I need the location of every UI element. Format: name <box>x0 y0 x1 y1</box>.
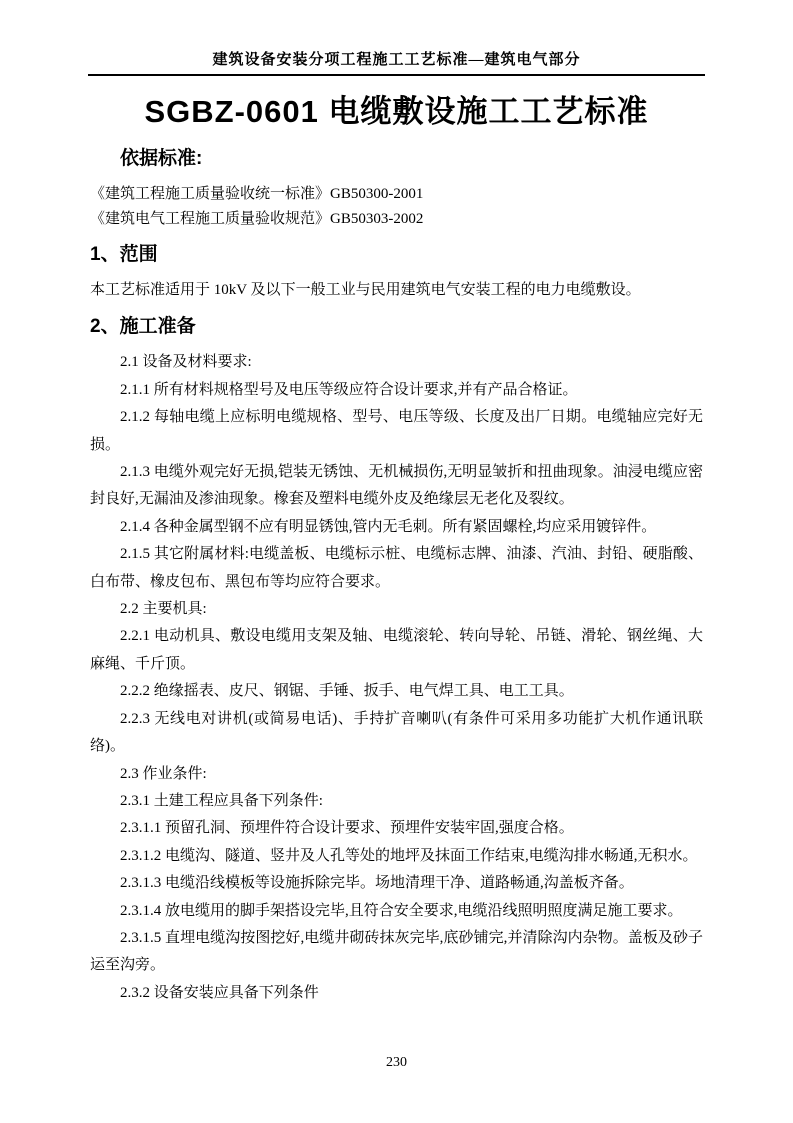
paragraph: 2.3.1.2 电缆沟、隧道、竖井及人孔等处的地坪及抹面工作结束,电缆沟排水畅通… <box>90 843 703 870</box>
paragraph: 2.2.2 绝缘摇表、皮尺、钢锯、手锤、扳手、电气焊工具、电工工具。 <box>90 678 703 705</box>
paragraph: 本工艺标准适用于 10kV 及以下一般工业与民用建筑电气安装工程的电力电缆敷设。 <box>90 277 703 304</box>
document-content: SGBZ-0601 电缆敷设施工工艺标准 依据标准:《建筑工程施工质量验收统一标… <box>90 92 703 1007</box>
paragraph: 2.1 设备及材料要求: <box>90 349 703 376</box>
paragraph: 2.3.1 土建工程应具备下列条件: <box>90 788 703 815</box>
paragraph: 2.1.1 所有材料规格型号及电压等级应符合设计要求,并有产品合格证。 <box>90 377 703 404</box>
running-header: 建筑设备安装分项工程施工工艺标准—建筑电气部分 <box>88 0 705 76</box>
paragraph: 2.2.3 无线电对讲机(或简易电话)、手持扩音喇叭(有条件可采用多功能扩大机作… <box>90 706 703 761</box>
reference-standards-heading: 依据标准: <box>90 146 703 172</box>
paragraph: 2.1.5 其它附属材料:电缆盖板、电缆标示桩、电缆标志牌、油漆、汽油、封铅、硬… <box>90 541 703 596</box>
page-number: 230 <box>0 1055 793 1071</box>
section-heading-preparation: 2、施工准备 <box>90 313 703 341</box>
paragraph: 2.2 主要机具: <box>90 596 703 623</box>
paragraph: 2.3.1.5 直埋电缆沟按图挖好,电缆井砌砖抹灰完毕,底砂铺完,并清除沟内杂物… <box>90 925 703 980</box>
document-page: 建筑设备安装分项工程施工工艺标准—建筑电气部分 SGBZ-0601 电缆敷设施工… <box>0 0 793 1123</box>
paragraph: 2.3.1.1 预留孔洞、预埋件符合设计要求、预埋件安装牢固,强度合格。 <box>90 815 703 842</box>
paragraph: 2.3 作业条件: <box>90 761 703 788</box>
section-heading-scope: 1、范围 <box>90 241 703 269</box>
paragraph: 2.3.1.4 放电缆用的脚手架搭设完毕,且符合安全要求,电缆沿线照明照度满足施… <box>90 898 703 925</box>
document-body: 依据标准:《建筑工程施工质量验收统一标准》GB50300-2001《建筑电气工程… <box>90 146 703 1007</box>
paragraph: 2.1.3 电缆外观完好无损,铠装无锈蚀、无机械损伤,无明显皱折和扭曲现象。油浸… <box>90 459 703 514</box>
paragraph: 2.3.2 设备安装应具备下列条件 <box>90 980 703 1007</box>
reference-line: 《建筑工程施工质量验收统一标准》GB50300-2001 <box>90 182 703 207</box>
paragraph: 2.1.4 各种金属型钢不应有明显锈蚀,管内无毛刺。所有紧固螺栓,均应采用镀锌件… <box>90 514 703 541</box>
page-title: SGBZ-0601 电缆敷设施工工艺标准 <box>90 92 703 132</box>
paragraph: 2.3.1.3 电缆沿线模板等设施拆除完毕。场地清理干净、道路畅通,沟盖板齐备。 <box>90 870 703 897</box>
paragraph: 2.2.1 电动机具、敷设电缆用支架及轴、电缆滚轮、转向导轮、吊链、滑轮、钢丝绳… <box>90 623 703 678</box>
reference-line: 《建筑电气工程施工质量验收规范》GB50303-2002 <box>90 207 703 232</box>
paragraph: 2.1.2 每轴电缆上应标明电缆规格、型号、电压等级、长度及出厂日期。电缆轴应完… <box>90 404 703 459</box>
